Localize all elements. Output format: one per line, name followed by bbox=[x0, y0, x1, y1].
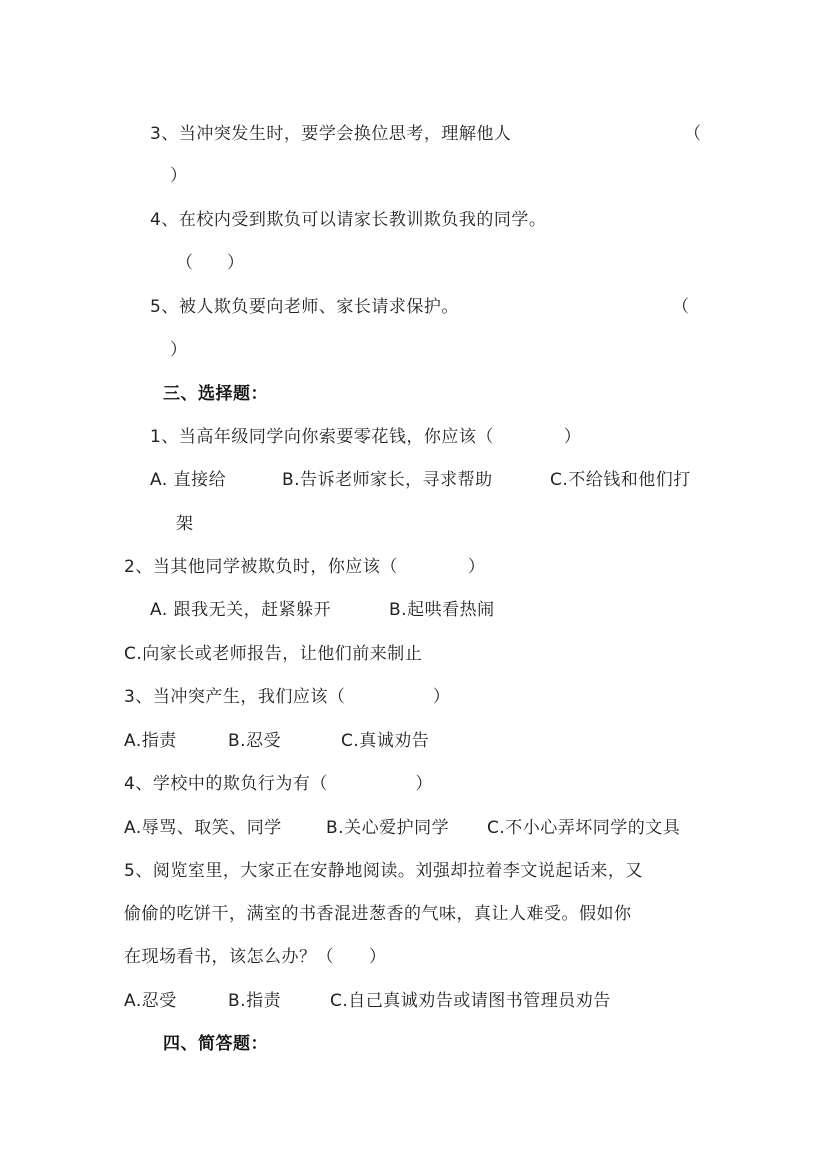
option-c[interactable]: C.不给钱和他们打 bbox=[550, 469, 691, 491]
judgment-item-3: 3、当冲突发生时，要学会换位思考，理解他人 bbox=[150, 123, 511, 145]
option-b[interactable]: B.关心爱护同学 bbox=[326, 817, 449, 839]
item-number: 4、 bbox=[150, 210, 179, 230]
answer-blank[interactable]: （ ） bbox=[176, 252, 244, 274]
option-a[interactable]: A. 直接给 bbox=[150, 469, 226, 491]
item-text: 在校内受到欺负可以请家长教训欺负我的同学。 bbox=[179, 210, 547, 230]
option-c[interactable]: C.真诚劝告 bbox=[341, 730, 429, 752]
section-heading-choice: 三、选择题： bbox=[163, 383, 268, 405]
choice-question-3: 3、当冲突产生，我们应该（ ） bbox=[124, 686, 450, 708]
answer-paren-close: ） bbox=[170, 165, 187, 187]
option-b[interactable]: B.告诉老师家长，寻求帮助 bbox=[282, 469, 493, 491]
option-b[interactable]: B.起哄看热闹 bbox=[389, 599, 495, 621]
option-a[interactable]: A.辱骂、取笑、同学 bbox=[124, 817, 282, 839]
choice-question-5-line-2: 偷偷的吃饼干，满室的书香混进葱香的气味，真让人难受。假如你 bbox=[124, 903, 632, 925]
section-heading-short-answer: 四、简答题： bbox=[163, 1033, 268, 1055]
item-number: 5、 bbox=[150, 297, 179, 317]
judgment-item-4: 4、在校内受到欺负可以请家长教训欺负我的同学。 bbox=[150, 209, 546, 231]
option-b[interactable]: B.忍受 bbox=[228, 730, 281, 752]
judgment-item-5: 5、被人欺负要向老师、家长请求保护。 bbox=[150, 296, 459, 318]
answer-paren-open: （ bbox=[672, 296, 689, 318]
choice-question-2: 2、当其他同学被欺负时，你应该（ ） bbox=[124, 556, 485, 578]
item-text: 被人欺负要向老师、家长请求保护。 bbox=[179, 297, 459, 317]
option-c[interactable]: C.向家长或老师报告，让他们前来制止 bbox=[124, 643, 422, 665]
option-a[interactable]: A.指责 bbox=[124, 730, 177, 752]
answer-paren-open: （ bbox=[684, 123, 701, 145]
option-c[interactable]: C.不小心弄坏同学的文具 bbox=[487, 817, 680, 839]
choice-question-5-line-1: 5、阅览室里，大家正在安静地阅读。刘强却拉着李文说起话来，又 bbox=[124, 860, 643, 882]
choice-question-5-line-3: 在现场看书，该怎么办？（ ） bbox=[124, 946, 387, 968]
answer-paren-close: ） bbox=[170, 339, 187, 361]
option-a[interactable]: A.忍受 bbox=[124, 990, 177, 1012]
option-c[interactable]: C.自己真诚劝告或请图书管理员劝告 bbox=[330, 990, 611, 1012]
option-c-continued: 架 bbox=[176, 513, 194, 535]
item-text: 当冲突发生时，要学会换位思考，理解他人 bbox=[179, 124, 512, 144]
choice-question-4: 4、学校中的欺负行为有（ ） bbox=[124, 773, 433, 795]
choice-question-1: 1、当高年级同学向你索要零花钱，你应该（ ） bbox=[150, 426, 581, 448]
option-a[interactable]: A. 跟我无关，赶紧躲开 bbox=[150, 599, 331, 621]
item-number: 3、 bbox=[150, 124, 179, 144]
option-b[interactable]: B.指责 bbox=[228, 990, 281, 1012]
